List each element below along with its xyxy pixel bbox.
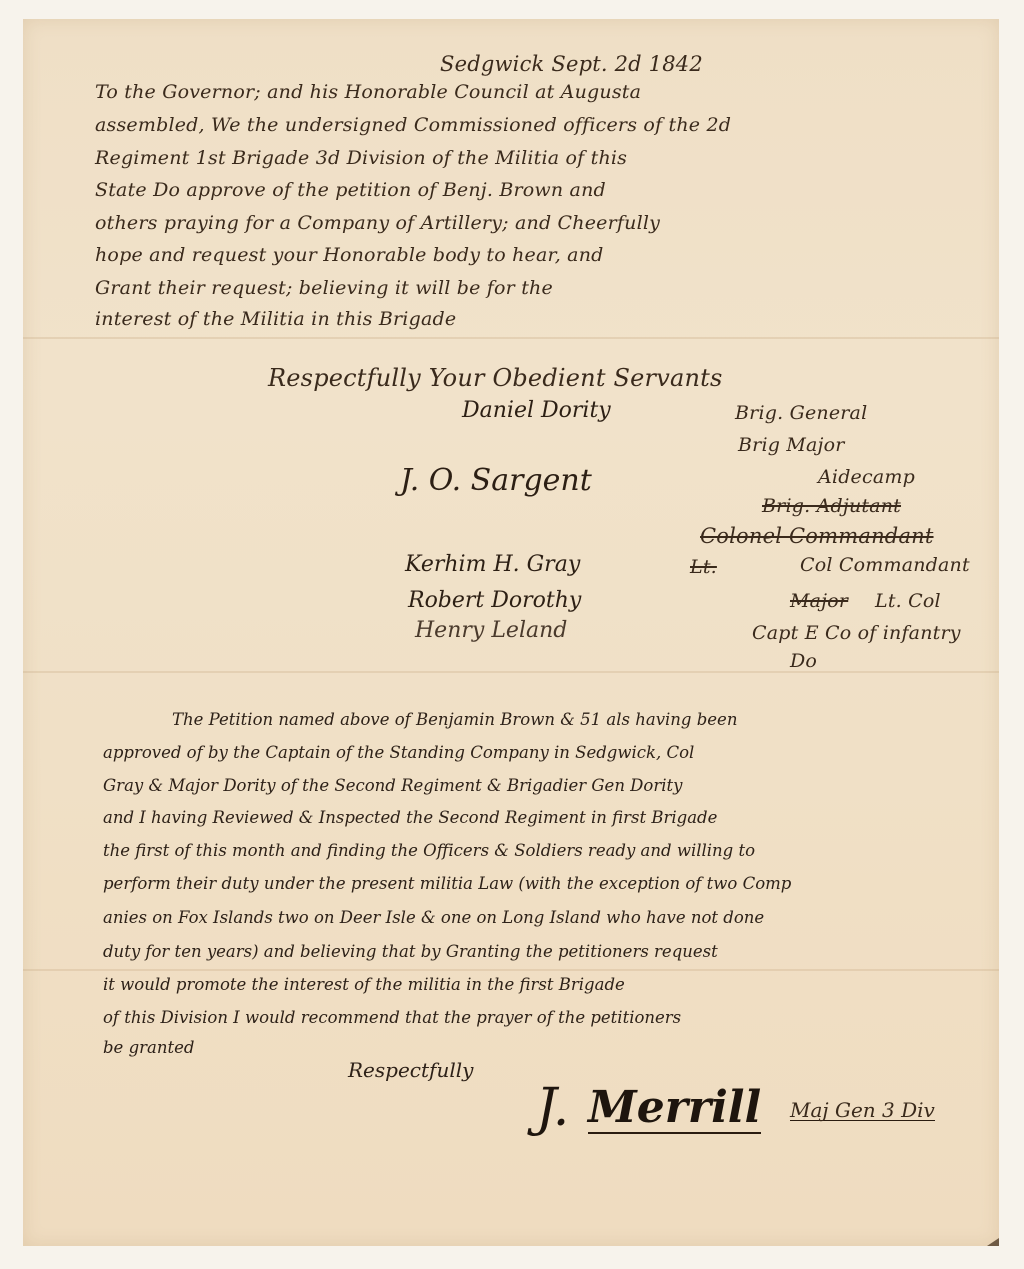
paper-fold	[23, 969, 999, 971]
letter-line: assembled, We the undersigned Commission…	[95, 116, 731, 135]
struck-title: Brig. Adjutant	[762, 497, 901, 516]
signature-title: Capt E Co of infantry	[752, 624, 961, 643]
endorsement-line: The Petition named above of Benjamin Bro…	[172, 712, 737, 729]
signature-surname: Merrill	[588, 1086, 761, 1134]
endorsement-line: perform their duty under the present mil…	[103, 876, 791, 893]
endorsement-line: anies on Fox Islands two on Deer Isle & …	[103, 910, 764, 927]
endorsement-line: approved of by the Captain of the Standi…	[103, 745, 694, 762]
endorsement-line: duty for ten years) and believing that b…	[103, 944, 718, 961]
letter-line: others praying for a Company of Artiller…	[95, 214, 660, 233]
endorsement-line: the first of this month and finding the …	[103, 843, 755, 860]
endorsement-line: be granted	[103, 1040, 194, 1057]
letter-line: To the Governor; and his Honorable Counc…	[95, 83, 641, 102]
struck-title: Lt.	[690, 558, 717, 577]
signature-title: Do	[790, 652, 817, 671]
signature-name: Henry Leland	[415, 620, 567, 642]
paper-corner-damage	[987, 1238, 999, 1246]
endorsement-line: Gray & Major Dority of the Second Regime…	[103, 778, 682, 795]
signature-title: Aidecamp	[818, 468, 915, 487]
signature-name: Robert Dorothy	[408, 590, 581, 612]
paper-fold	[23, 671, 999, 673]
letter-line: hope and request your Honorable body to …	[95, 246, 604, 265]
place-date-heading: Sedgwick Sept. 2d 1842	[440, 54, 703, 75]
letter-closing: Respectfully Your Obedient Servants	[268, 366, 723, 390]
endorsement-line: and I having Reviewed & Inspected the Se…	[103, 810, 717, 827]
letter-line: interest of the Militia in this Brigade	[95, 310, 456, 329]
signature-title: Brig Major	[738, 436, 845, 455]
signature-name: J. O. Sargent	[400, 466, 592, 496]
endorsement-closing: Respectfully	[348, 1060, 473, 1080]
paper-fold	[23, 337, 999, 339]
endorsement-line: of this Division I would recommend that …	[103, 1010, 681, 1027]
letter-line: State Do approve of the petition of Benj…	[95, 181, 606, 200]
signature-title: Brig. General	[735, 404, 867, 423]
signature-initial: J.	[536, 1082, 569, 1134]
signature-title: Col Commandant	[800, 556, 970, 575]
letter-line: Grant their request; believing it will b…	[95, 279, 553, 298]
endorsement-line: it would promote the interest of the mil…	[103, 977, 625, 994]
signature-rank: Maj Gen 3 Div	[790, 1100, 935, 1121]
struck-title: Major	[790, 592, 848, 611]
signature-name: Daniel Dority	[462, 400, 611, 422]
signature-name: Kerhim H. Gray	[405, 554, 580, 576]
struck-title: Colonel Commandant	[700, 526, 934, 547]
signature-title: Lt. Col	[875, 592, 941, 611]
letter-line: Regiment 1st Brigade 3d Division of the …	[95, 149, 627, 168]
